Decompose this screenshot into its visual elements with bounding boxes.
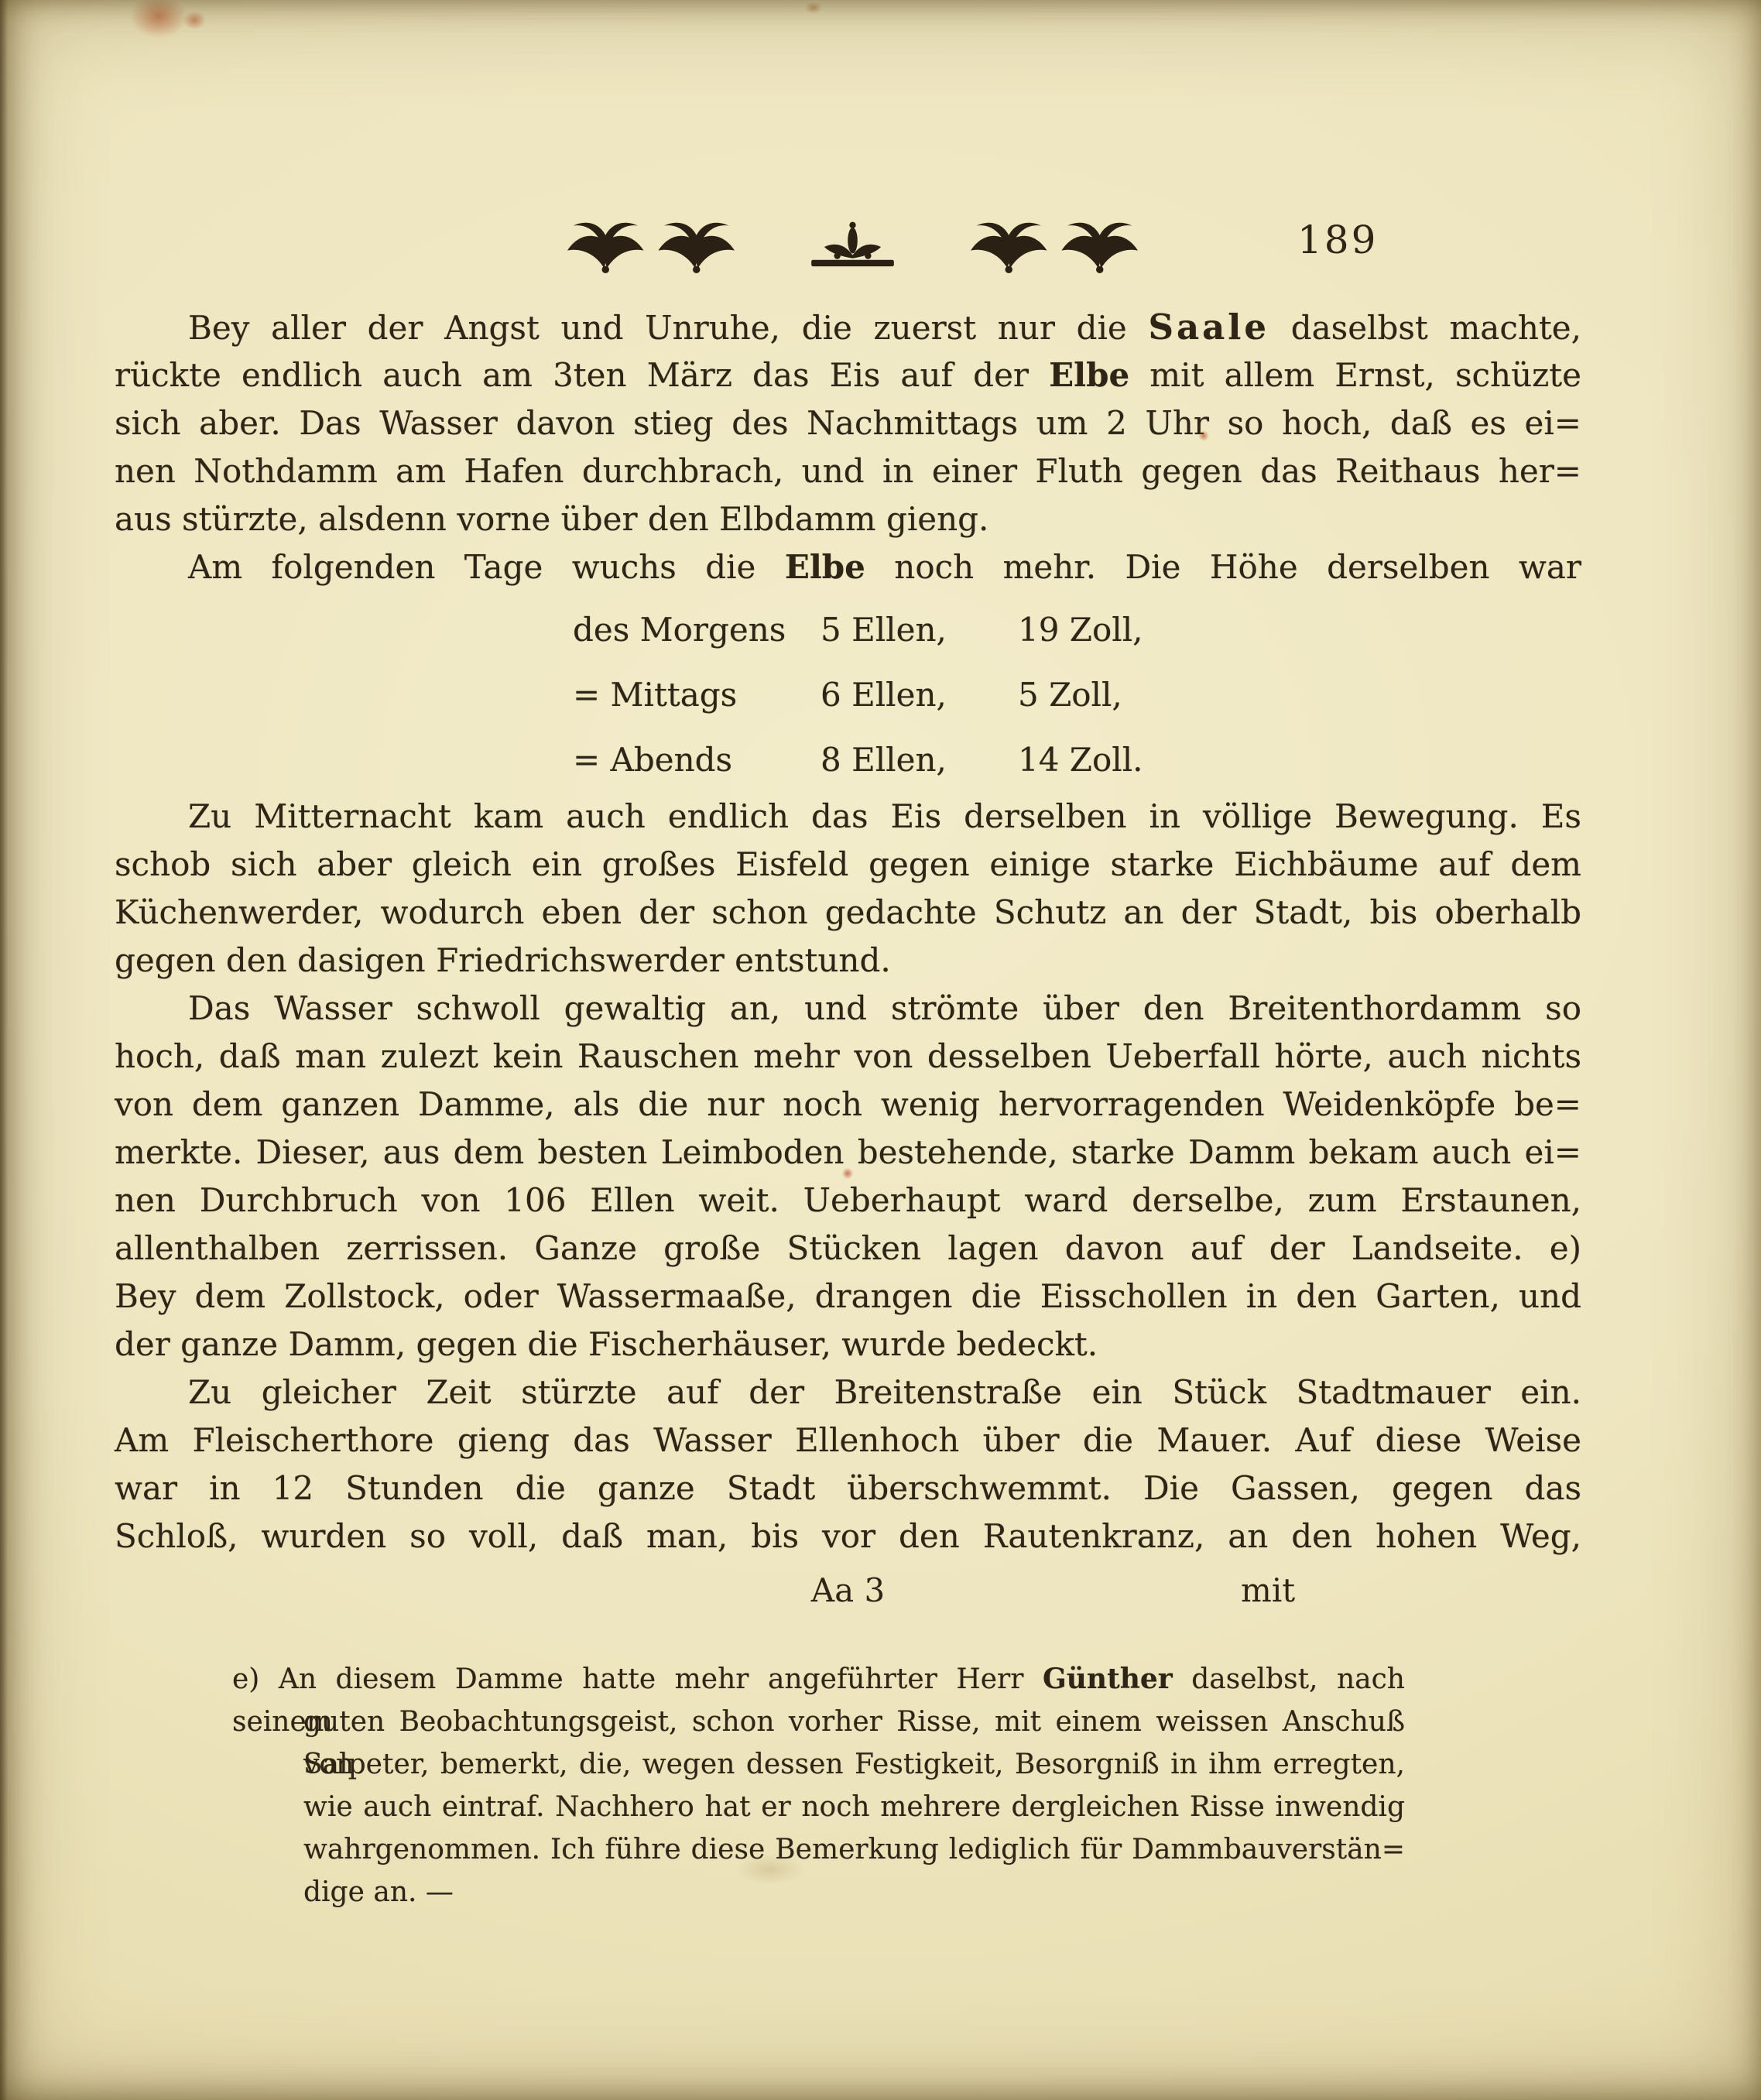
binding-shadow: [0, 0, 8, 2100]
text-line: Bey aller der Angst und Unruhe, die zuer…: [115, 303, 1581, 351]
signature-row: Aa 3 mit: [115, 1567, 1581, 1615]
page-number: 189: [1297, 218, 1378, 262]
text-line: merkte. Dieser, aus dem besten Leimboden…: [115, 1129, 1581, 1177]
person-name-guenther: Günther: [1043, 1663, 1173, 1695]
text-line: Bey dem Zollstock, oder Wassermaaße, dra…: [115, 1273, 1581, 1321]
zoll-value: 19 Zoll,: [1018, 598, 1196, 663]
text-line: nen Durchbruch von 106 Ellen weit. Ueber…: [115, 1177, 1581, 1225]
footnote-line: guten Beobachtungsgeist, schon vorher Ri…: [232, 1701, 1405, 1743]
crown-fleuron-ornament: [808, 218, 897, 274]
zoll-value: 14 Zoll.: [1018, 728, 1196, 793]
paragraph-3: Zu Mitternacht kam auch endlich das Eis …: [115, 793, 1581, 985]
text-line: Das Wasser schwoll gewaltig an, und strö…: [115, 985, 1581, 1033]
ellen-value: 5 Ellen,: [821, 598, 1018, 663]
line-segment: mit allem Ernst, schüzte: [1129, 356, 1581, 394]
text-line: von dem ganzen Damme, als die nur noch w…: [115, 1081, 1581, 1129]
footnote-block: e) An diesem Damme hatte mehr angeführte…: [232, 1658, 1405, 1913]
text-line: rückte endlich auch am 3ten März das Eis…: [115, 351, 1581, 399]
text-line: Schloß, wurden so voll, daß man, bis vor…: [115, 1512, 1581, 1560]
line-segment: rückte endlich auch am 3ten März das Eis…: [115, 356, 1049, 394]
water-level-table: des Morgens 5 Ellen, 19 Zoll, = Mittags …: [573, 598, 1581, 793]
text-line: nen Nothdamm am Hafen durchbrach, und in…: [115, 447, 1581, 495]
text-line: Am folgenden Tage wuchs die Elbe noch me…: [115, 543, 1581, 591]
footnote-line: wie auch eintraf. Nachhero hat er noch m…: [232, 1786, 1405, 1828]
table-row: = Mittags 6 Ellen, 5 Zoll,: [573, 663, 1581, 728]
text-line: war in 12 Stunden die ganze Stadt übersc…: [115, 1465, 1581, 1512]
text-block: Bey aller der Angst und Unruhe, die zuer…: [115, 303, 1581, 1615]
line-segment: daselbst machte,: [1269, 309, 1581, 347]
text-line: hoch, daß man zulezt kein Rauschen mehr …: [115, 1033, 1581, 1081]
text-line: Zu Mitternacht kam auch endlich das Eis …: [115, 793, 1581, 841]
fleuron-ornament-right: [965, 218, 1143, 274]
ellen-value: 6 Ellen,: [821, 663, 1018, 728]
text-line: aus stürzte, alsdenn vorne über den Elbd…: [115, 495, 1581, 543]
time-label: = Abends: [573, 728, 821, 793]
foxing-spot: [130, 0, 187, 39]
time-label: des Morgens: [573, 598, 821, 663]
footnote-line: dige an. —: [232, 1871, 1405, 1913]
text-line: allenthalben zerrissen. Ganze große Stüc…: [115, 1225, 1581, 1273]
foxing-spot: [805, 2, 822, 14]
text-line: Küchenwerder, wodurch eben der schon ged…: [115, 889, 1581, 937]
text-line: gegen den dasigen Friedrichswerder entst…: [115, 937, 1581, 985]
paragraph-1: Bey aller der Angst und Unruhe, die zuer…: [115, 303, 1581, 543]
text-line: schob sich aber gleich ein großes Eisfel…: [115, 841, 1581, 889]
paragraph-2: Am folgenden Tage wuchs die Elbe noch me…: [115, 543, 1581, 793]
river-name-elbe: Elbe: [1049, 356, 1129, 394]
line-segment: Bey aller der Angst und Unruhe, die zuer…: [188, 309, 1148, 347]
line-segment: Am folgenden Tage wuchs die: [188, 548, 785, 586]
time-label: = Mittags: [573, 663, 821, 728]
paragraph-5: Zu gleicher Zeit stürzte auf der Breiten…: [115, 1369, 1581, 1560]
line-segment: e) An diesem Damme hatte mehr angeführte…: [232, 1663, 1043, 1695]
text-line: der ganze Damm, gegen die Fischerhäuser,…: [115, 1321, 1581, 1369]
text-line: sich aber. Das Wasser davon stieg des Na…: [115, 399, 1581, 447]
fleuron-ornament-left: [562, 218, 740, 274]
catchword: mit: [1241, 1567, 1295, 1615]
zoll-value: 5 Zoll,: [1018, 663, 1196, 728]
foxing-spot: [183, 11, 206, 29]
line-segment: noch mehr. Die Höhe derselben war: [865, 548, 1581, 586]
signature-mark: Aa 3: [115, 1567, 1581, 1615]
page-header: 189: [115, 214, 1581, 283]
ellen-value: 8 Ellen,: [821, 728, 1018, 793]
text-line: Am Fleischerthore gieng das Wasser Ellen…: [115, 1417, 1581, 1465]
text-line: Zu gleicher Zeit stürzte auf der Breiten…: [115, 1369, 1581, 1417]
table-row: = Abends 8 Ellen, 14 Zoll.: [573, 728, 1581, 793]
footnote-line: wahrgenommen. Ich führe diese Bemerkung …: [232, 1828, 1405, 1871]
table-row: des Morgens 5 Ellen, 19 Zoll,: [573, 598, 1581, 663]
footnote-line: Salpeter, bemerkt, die, wegen dessen Fes…: [232, 1743, 1405, 1786]
river-name-saale: Saale: [1148, 307, 1269, 348]
header-ornaments: [562, 218, 1143, 274]
river-name-elbe: Elbe: [785, 548, 865, 586]
footnote-line: e) An diesem Damme hatte mehr angeführte…: [232, 1658, 1405, 1701]
paragraph-4: Das Wasser schwoll gewaltig an, und strö…: [115, 985, 1581, 1369]
